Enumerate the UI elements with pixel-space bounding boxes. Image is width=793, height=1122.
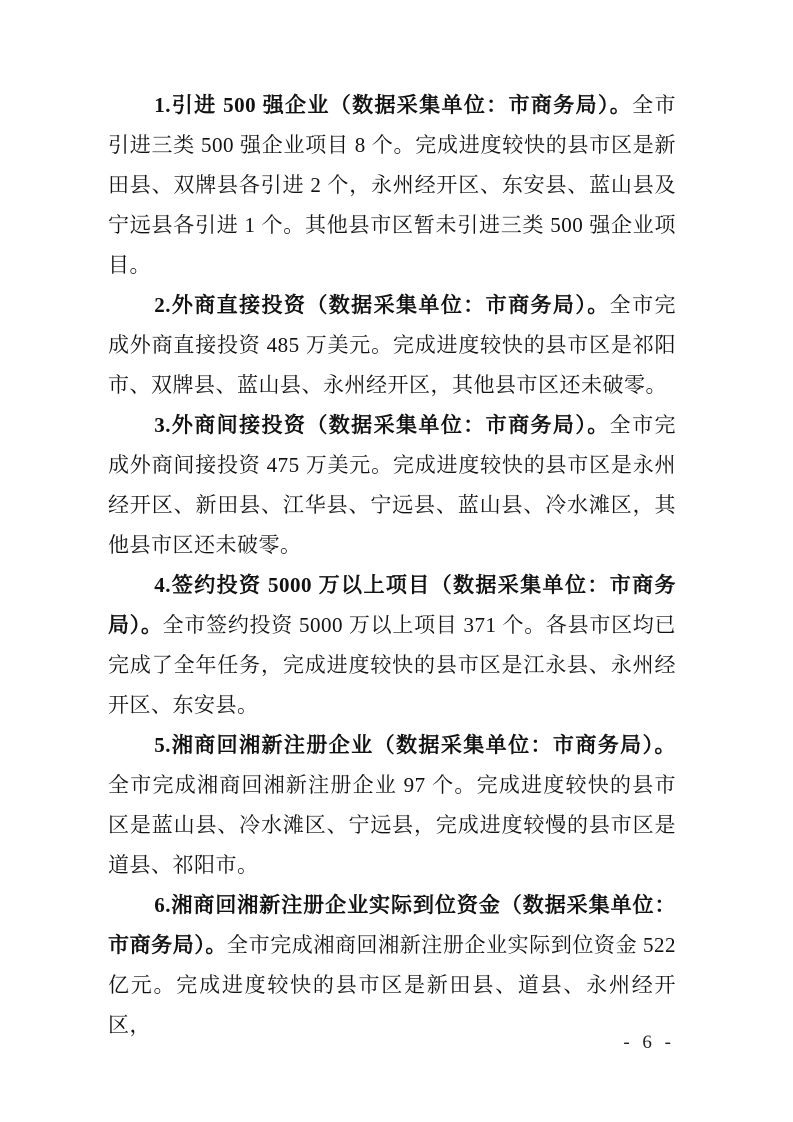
paragraph-body: 全市引进三类 500 强企业项目 8 个。完成进度较快的县市区是新田县、双牌县各… xyxy=(108,93,676,277)
paragraph: 3.外商间接投资（数据采集单位：市商务局）。全市完成外商间接投资 475 万美元… xyxy=(108,405,676,565)
paragraph-body: 全市完成湘商回湘新注册企业 97 个。完成进度较快的县市区是蓝山县、冷水滩区、宁… xyxy=(108,773,676,877)
paragraph: 1.引进 500 强企业（数据采集单位：市商务局）。全市引进三类 500 强企业… xyxy=(108,85,676,285)
paragraph-heading: 3.外商间接投资（数据采集单位：市商务局）。 xyxy=(154,413,609,437)
paragraph-body: 全市签约投资 5000 万以上项目 371 个。各县市区均已完成了全年任务，完成… xyxy=(108,613,676,717)
paragraph: 4.签约投资 5000 万以上项目（数据采集单位：市商务局）。全市签约投资 50… xyxy=(108,565,676,725)
paragraph: 5.湘商回湘新注册企业（数据采集单位：市商务局）。全市完成湘商回湘新注册企业 9… xyxy=(108,725,676,885)
document-body: 1.引进 500 强企业（数据采集单位：市商务局）。全市引进三类 500 强企业… xyxy=(108,85,676,1045)
document-page: 1.引进 500 强企业（数据采集单位：市商务局）。全市引进三类 500 强企业… xyxy=(0,0,793,1122)
paragraph-heading: 5.湘商回湘新注册企业（数据采集单位：市商务局）。 xyxy=(154,733,676,757)
paragraph-heading: 2.外商直接投资（数据采集单位：市商务局）。 xyxy=(154,293,609,317)
paragraph: 2.外商直接投资（数据采集单位：市商务局）。全市完成外商直接投资 485 万美元… xyxy=(108,285,676,405)
paragraph-heading: 1.引进 500 强企业（数据采集单位：市商务局）。 xyxy=(154,93,632,117)
page-number: - 6 - xyxy=(623,1032,675,1054)
paragraph: 6.湘商回湘新注册企业实际到位资金（数据采集单位：市商务局）。全市完成湘商回湘新… xyxy=(108,885,676,1045)
